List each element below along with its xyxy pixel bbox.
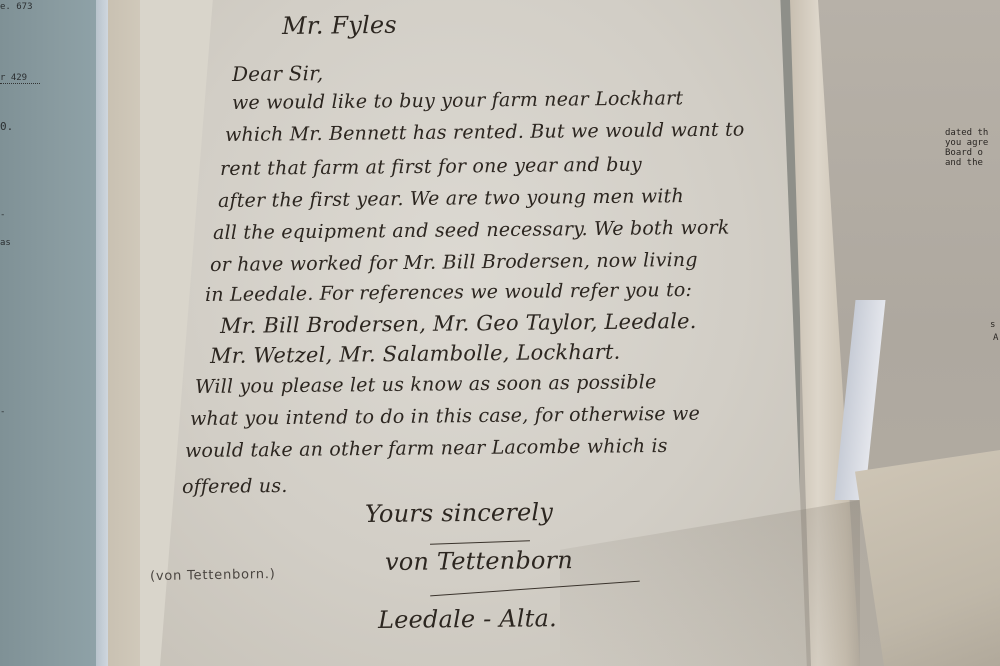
- typed-fragment: -: [0, 407, 5, 417]
- letter-body-line: offered us.: [182, 475, 288, 498]
- printed-name-annotation: (von Tettenborn.): [150, 567, 276, 584]
- typed-fragment: -: [0, 210, 5, 220]
- typed-fragment: r 429: [0, 73, 40, 84]
- letter-body-line: Mr. Wetzel, Mr. Salambolle, Lockhart.: [210, 340, 621, 368]
- typed-fragment: e. 673: [0, 2, 33, 12]
- typed-fragment: you agre: [945, 138, 988, 148]
- letter-recipient: Mr. Fyles: [282, 11, 397, 40]
- letter-closing: Yours sincerely: [365, 498, 553, 528]
- typed-fragment: and the: [945, 158, 983, 168]
- typed-fragment: dated th: [945, 128, 988, 138]
- letter-body-line: rent that farm at first for one year and…: [220, 154, 642, 180]
- typed-fragment: s: [990, 320, 995, 330]
- letter-body-line: Mr. Bill Brodersen, Mr. Geo Taylor, Leed…: [220, 309, 697, 338]
- letter-place: Leedale - Alta.: [378, 604, 557, 634]
- typed-fragment: as: [0, 238, 11, 248]
- typed-fragment: Board o: [945, 148, 983, 158]
- letter-greeting: Dear Sir,: [232, 61, 324, 86]
- letter-signature: von Tettenborn: [385, 546, 573, 576]
- left-typed-document: e. 673 r 429 0. - as -: [0, 0, 104, 666]
- typed-fragment: 0.: [0, 120, 13, 133]
- typed-fragment: A: [993, 333, 998, 343]
